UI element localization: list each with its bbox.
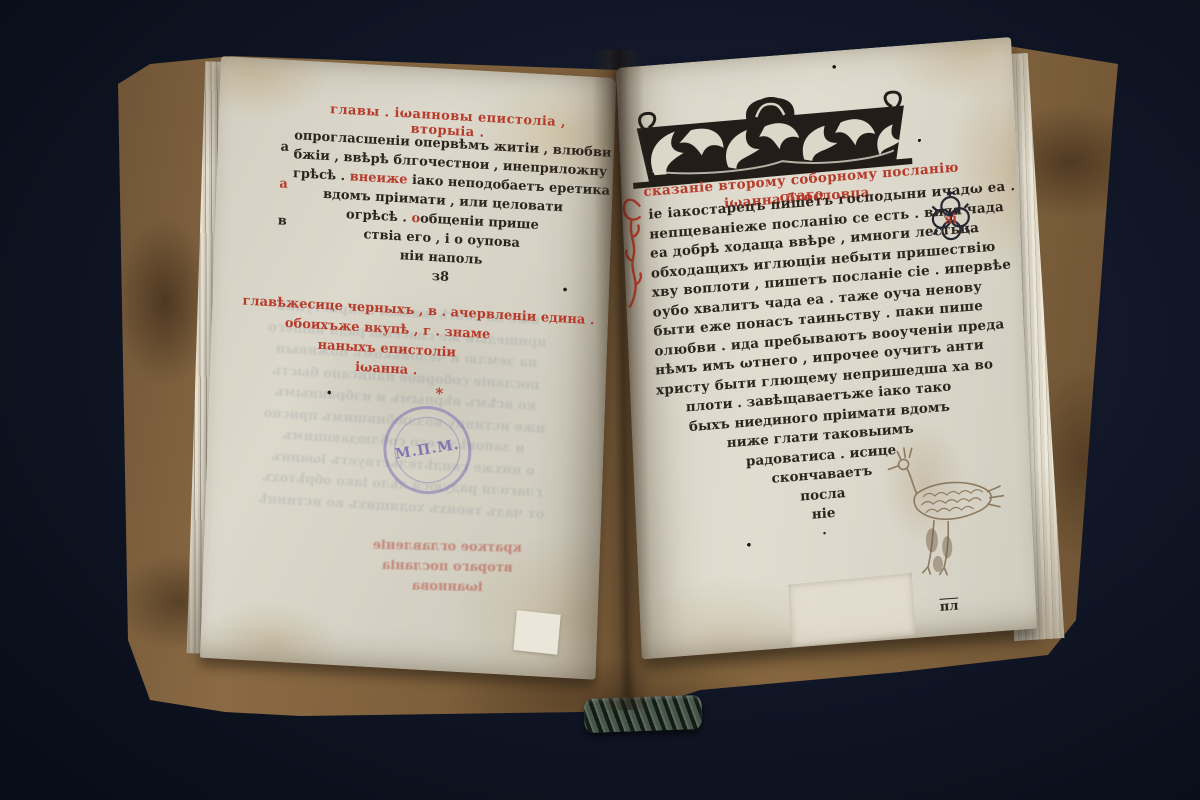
chapter-summary-text: опрогласшеніи опервѣмъ житіи , влюбвибжі… — [289, 126, 596, 295]
offset-line: краткое оглавленіе — [347, 535, 547, 559]
gutter-shadow — [591, 50, 652, 711]
quatrefoil-chapter-mark: ѕі — [926, 186, 976, 246]
red-ink-offset-text: краткое оглавленіевтораго посланіаіωанно… — [347, 535, 547, 599]
stamp-text: М.П.М. — [394, 437, 461, 463]
quatrefoil-number: ѕі — [944, 212, 957, 228]
photo-scene: иже во свѣтѣ живыи неприступнѣпришедыи ж… — [0, 0, 1200, 800]
left-page: иже во свѣтѣ живыи неприступнѣпришедыи ж… — [200, 56, 616, 680]
offset-line: іωаннова — [347, 575, 547, 599]
right-page: сказаніе второму соборному посланію стаг… — [616, 37, 1037, 660]
paper-repair-tab — [513, 610, 560, 655]
bird-ink-doodle — [873, 431, 1009, 591]
flower-mark: * — [435, 384, 443, 402]
rubric-note-text: главѣжесице черныхъ , в . ачервленіи еди… — [240, 292, 534, 388]
stamp-inner-ring: М.П.М. — [389, 412, 465, 487]
folio-number: пл — [940, 598, 959, 614]
paper-repair-patch — [788, 573, 915, 647]
